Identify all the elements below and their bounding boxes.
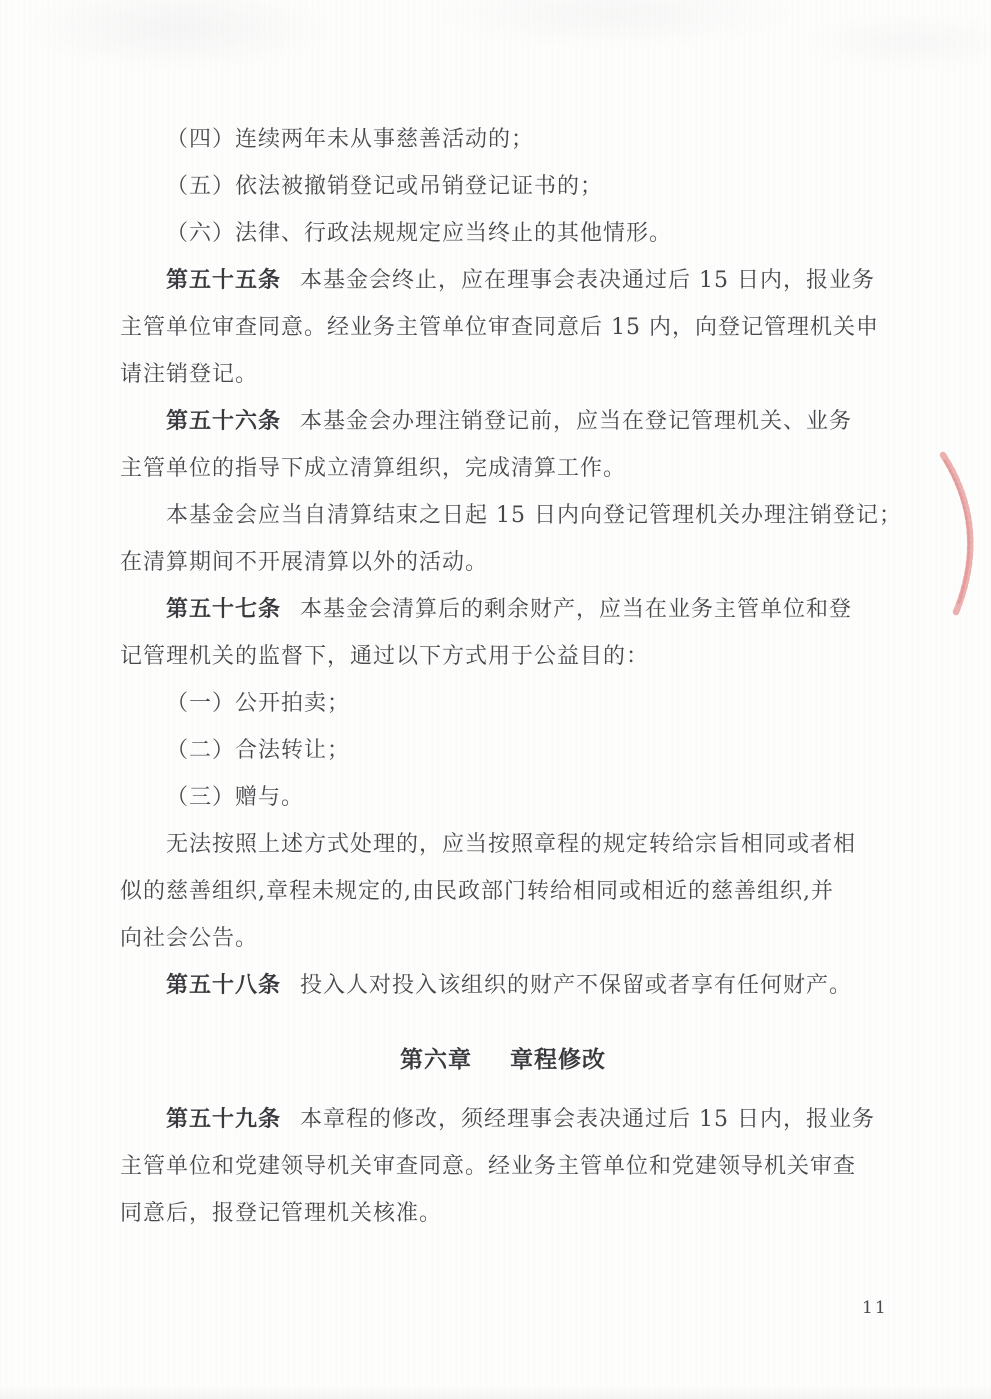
- chapter-title: 章程修改: [510, 1046, 606, 1073]
- article-text: 本章程的修改，须经理事会表决通过后 15 日内，报业务: [300, 1107, 875, 1132]
- article-number: 第五十七条: [166, 596, 281, 622]
- article-first-line: 第五十六条本基金会办理注销登记前，应当在登记管理机关、业务: [120, 398, 886, 445]
- article-number: 第五十八条: [166, 972, 281, 998]
- list-item-line: （四）连续两年未从事慈善活动的；: [120, 116, 886, 163]
- list-item-line: （三）赠与。: [120, 774, 886, 821]
- article-first-line: 第五十九条本章程的修改，须经理事会表决通过后 15 日内，报业务: [120, 1096, 886, 1143]
- page-number: 11: [862, 1296, 888, 1320]
- article-first-line: 第五十五条本基金会终止，应在理事会表决通过后 15 日内，报业务: [120, 257, 886, 304]
- article-number: 第五十六条: [166, 408, 281, 434]
- list-item-line: （二）合法转让；: [120, 727, 886, 774]
- body-line: 在清算期间不开展清算以外的活动。: [120, 539, 886, 586]
- article-first-line: 第五十七条本基金会清算后的剩余财产，应当在业务主管单位和登: [120, 586, 886, 633]
- body-line: 主管单位的指导下成立清算组织，完成清算工作。: [120, 445, 886, 492]
- document-body: （四）连续两年未从事慈善活动的； （五）依法被撤销登记或吊销登记证书的； （六）…: [120, 116, 886, 1237]
- article-number: 第五十九条: [166, 1106, 281, 1132]
- article-text: 本基金会终止，应在理事会表决通过后 15 日内，报业务: [300, 268, 875, 293]
- article-text: 投入人对投入该组织的财产不保留或者享有任何财产。: [300, 973, 852, 998]
- paragraph-first-line: 本基金会应当自清算结束之日起 15 日内向登记管理机关办理注销登记；: [120, 492, 886, 539]
- body-line: 记管理机关的监督下，通过以下方式用于公益目的：: [120, 633, 886, 680]
- body-line: 主管单位审查同意。经业务主管单位审查同意后 15 内，向登记管理机关申: [120, 304, 886, 351]
- chapter-number: 第六章: [400, 1046, 472, 1073]
- scanned-document-page: （四）连续两年未从事慈善活动的； （五）依法被撤销登记或吊销登记证书的； （六）…: [0, 0, 991, 1399]
- article-number: 第五十五条: [166, 267, 281, 293]
- chapter-heading: 第六章章程修改: [120, 1036, 886, 1083]
- body-line: 主管单位和党建领导机关审查同意。经业务主管单位和党建领导机关审查: [120, 1143, 886, 1190]
- list-item-line: （五）依法被撤销登记或吊销登记证书的；: [120, 163, 886, 210]
- list-item-line: （一）公开拍卖；: [120, 680, 886, 727]
- list-item-line: （六）法律、行政法规规定应当终止的其他情形。: [120, 210, 886, 257]
- body-line: 向社会公告。: [120, 915, 886, 962]
- paragraph-first-line: 无法按照上述方式处理的，应当按照章程的规定转给宗旨相同或者相: [120, 821, 886, 868]
- article-text: 本基金会办理注销登记前，应当在登记管理机关、业务: [300, 409, 852, 434]
- body-line: 请注销登记。: [120, 351, 886, 398]
- article-text: 本基金会清算后的剩余财产，应当在业务主管单位和登: [300, 597, 852, 622]
- red-seal-arc: [920, 428, 991, 628]
- body-line: 同意后，报登记管理机关核准。: [120, 1190, 886, 1237]
- body-line: 似的慈善组织,章程未规定的,由民政部门转给相同或相近的慈善组织,并: [120, 868, 886, 915]
- article-first-line: 第五十八条投入人对投入该组织的财产不保留或者享有任何财产。: [120, 962, 886, 1009]
